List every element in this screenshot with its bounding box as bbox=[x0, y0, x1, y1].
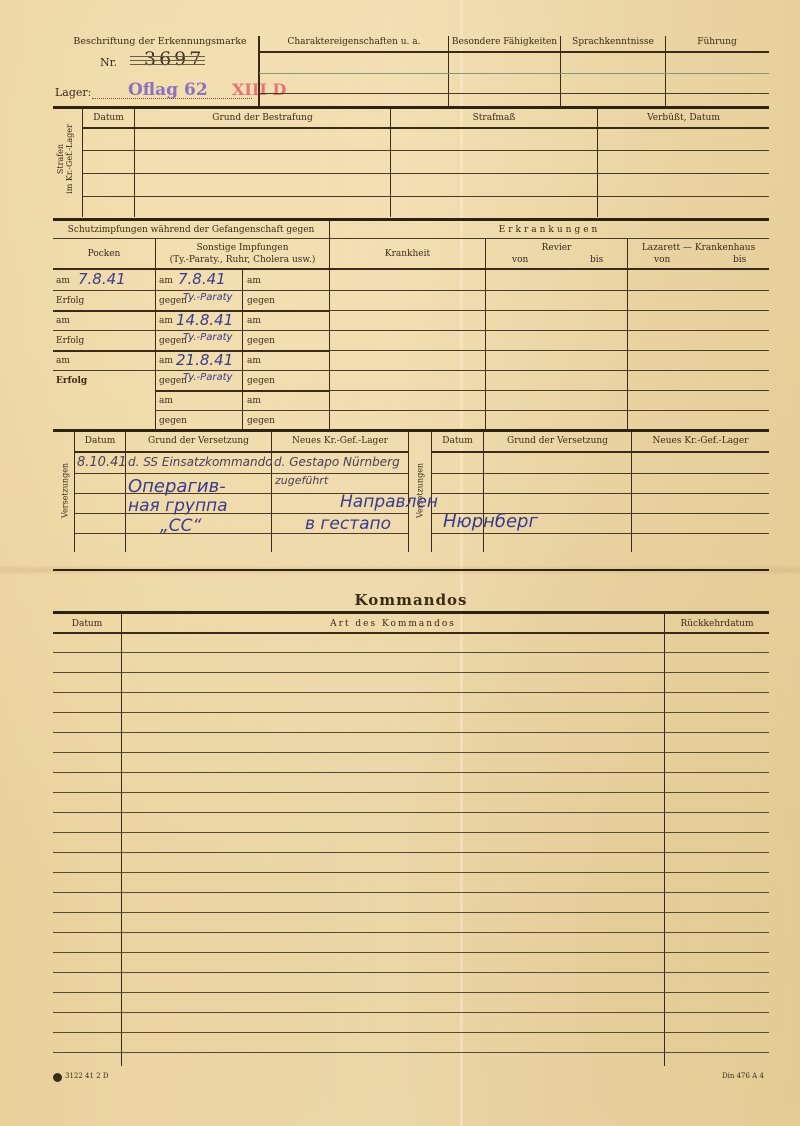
versetzungen-side-label-right: Versetzungen bbox=[416, 451, 425, 531]
strafen-col-strafmass: Strafmaß bbox=[391, 113, 597, 123]
erkennungsmarke-label: Beschriftung der Erkennungsmarke bbox=[70, 36, 250, 47]
russian-note-1b: ная группа bbox=[128, 496, 228, 516]
col-sonstige-1: Sonstige Impfungen bbox=[156, 243, 329, 253]
kommandos-col-rueckkehr: Rückkehrdatum bbox=[665, 619, 769, 629]
sonstige-against-3: Ty.-Paraty bbox=[183, 372, 232, 383]
kommandos-col-datum: Datum bbox=[53, 619, 121, 629]
vers-col-neues-lager-2: Neues Kr.-Gef.-Lager bbox=[632, 436, 769, 446]
versetzungen-side-label-left: Versetzungen bbox=[61, 451, 70, 531]
vers-entry-neues-lager: d. Gestapo Nürnberg bbox=[274, 455, 400, 469]
col-sprachkenntnisse: Sprachkenntnisse bbox=[561, 37, 665, 47]
vers-col-datum-2: Datum bbox=[432, 436, 483, 446]
col-besondere-faehigkeiten: Besondere Fähigkeiten bbox=[449, 37, 560, 47]
col-revier: Revier bbox=[486, 243, 627, 253]
russian-note-2c: Нюрнберг bbox=[443, 511, 538, 532]
col-pocken: Pocken bbox=[53, 249, 155, 259]
sonstige-against-2: Ty.-Paraty bbox=[183, 332, 232, 343]
sonstige-against-1: Ty.-Paraty bbox=[183, 292, 232, 303]
strafen-side-label: Strafen im Kr.-Gef.-Lager bbox=[56, 119, 74, 199]
vers-entry-datum: 8.10.41 bbox=[77, 455, 127, 470]
lager-stamp-violet: Oflag 62 bbox=[128, 80, 208, 100]
russian-note-1a: Операгив- bbox=[128, 476, 226, 497]
strafen-col-datum: Datum bbox=[83, 113, 134, 123]
kommandos-ruled-rows bbox=[53, 633, 769, 1053]
vers-entry-grund: d. SS Einsatzkommando bbox=[128, 455, 273, 469]
kommandos-title: Kommandos bbox=[53, 591, 769, 609]
col-fuehrung: Führung bbox=[666, 37, 768, 47]
kommandos-col-art: Art des Kommandos bbox=[122, 619, 664, 629]
sonstige-date-3: 21.8.41 bbox=[176, 351, 233, 369]
strafen-col-grund: Grund der Bestrafung bbox=[135, 113, 390, 123]
strafen-col-verbuesst: Verbüßt, Datum bbox=[598, 113, 769, 123]
russian-note-1c: „СС“ bbox=[160, 516, 201, 536]
nr-value: 3697 bbox=[144, 48, 204, 70]
sonstige-date-2: 14.8.41 bbox=[176, 311, 233, 329]
lager-label: Lager: bbox=[55, 86, 91, 99]
impfungen-title: Schutzimpfungen während der Gefangenscha… bbox=[53, 225, 329, 235]
vers-col-grund-2: Grund der Versetzung bbox=[484, 436, 631, 446]
russian-note-2a: Направлен bbox=[340, 492, 438, 512]
col-sonstige-2: (Ty.-Paraty., Ruhr, Cholera usw.) bbox=[156, 255, 329, 265]
vers-col-neues-lager: Neues Kr.-Gef.-Lager bbox=[272, 436, 408, 446]
din-label: Din 476 A 4 bbox=[722, 1072, 764, 1080]
vers-col-grund: Grund der Versetzung bbox=[126, 436, 271, 446]
pocken-date: 7.8.41 bbox=[78, 270, 126, 288]
col-charaktereigenschaften: Charaktereigenschaften u. a. bbox=[260, 37, 448, 47]
col-lazarett: Lazarett — Krankenhaus bbox=[628, 243, 769, 253]
nr-field: 3697 bbox=[130, 52, 205, 68]
erkrankungen-title: Erkrankungen bbox=[330, 225, 769, 235]
col-krankheit: Krankheit bbox=[330, 249, 485, 259]
vers-entry-zugefuehrt: zugeführt bbox=[275, 474, 328, 487]
sonstige-date-1: 7.8.41 bbox=[178, 270, 226, 288]
russian-note-2b: в гестапо bbox=[305, 514, 391, 534]
printer-logo-icon bbox=[53, 1073, 62, 1082]
print-code: 3122 41 2 D bbox=[65, 1072, 108, 1080]
nr-label: Nr. bbox=[100, 56, 117, 69]
vers-col-datum: Datum bbox=[75, 436, 125, 446]
